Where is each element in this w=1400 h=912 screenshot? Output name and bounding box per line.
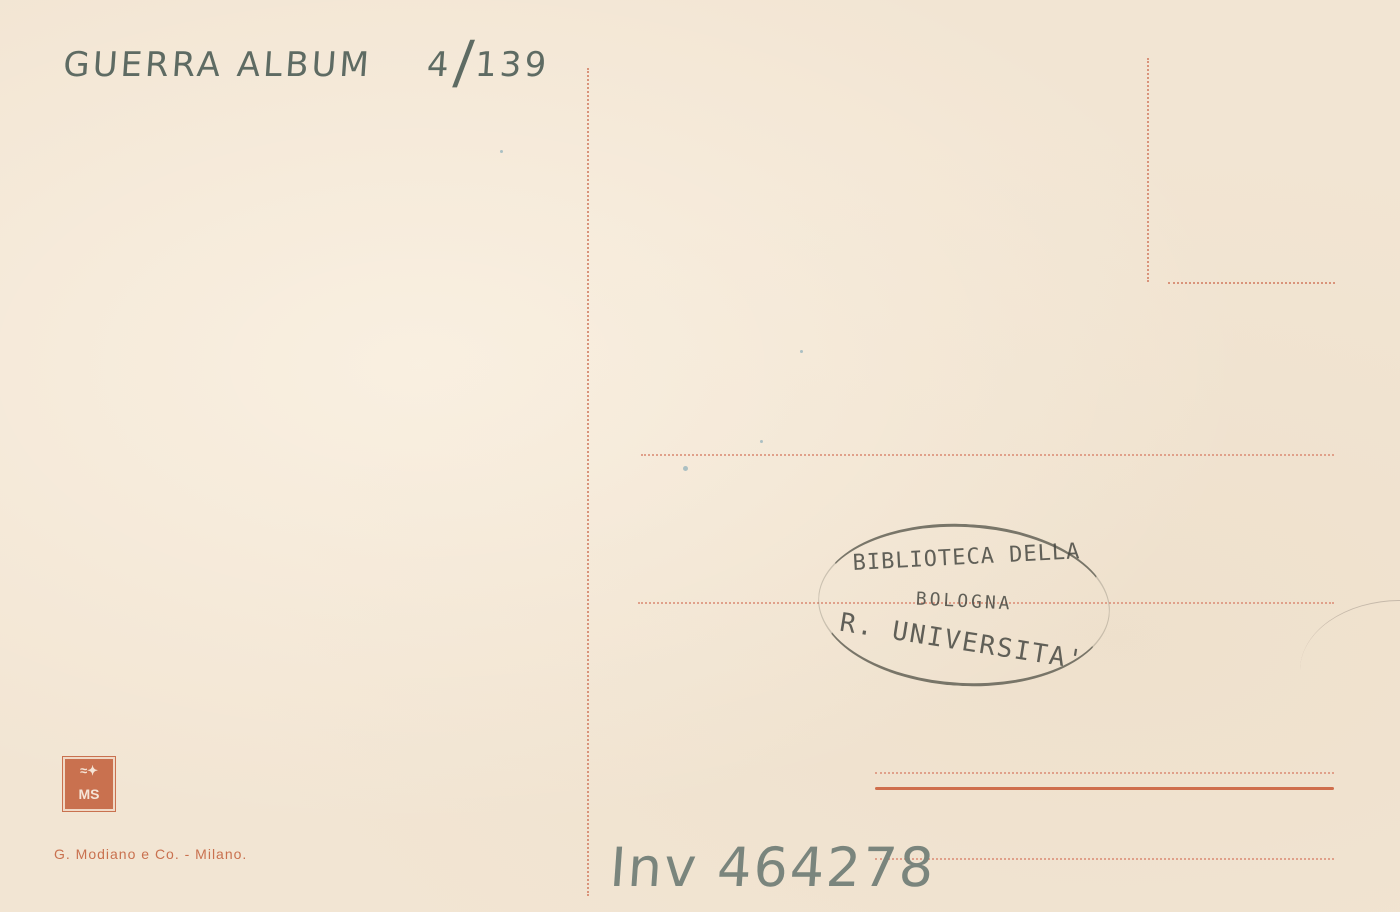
album-label: GUERRA ALBUM [62, 45, 373, 85]
ink-fleck [500, 150, 503, 153]
album-separator: / [451, 28, 475, 96]
address-line-solid [875, 787, 1334, 790]
album-volume: 4 [426, 45, 453, 85]
album-number: 139 [474, 45, 551, 85]
album-reference-handwriting: GUERRA ALBUM 4/139 [62, 22, 552, 90]
stamp-box-vertical-rule [1147, 58, 1149, 282]
address-line-1 [641, 454, 1334, 456]
publisher-logo-icon: ≈✦ MS [63, 757, 115, 811]
ink-fleck [800, 350, 803, 353]
ink-fleck [683, 466, 688, 471]
address-line-4 [875, 858, 1334, 860]
center-divider [587, 68, 589, 896]
library-stamp: BIBLIOTECA DELLA BOLOGNA R. UNIVERSITA' [814, 516, 1114, 693]
inventory-number-handwriting: Inv 464278 [608, 836, 938, 899]
postcard-back: GUERRA ALBUM 4/139 BIBLIOTECA DELLA BOLO… [0, 0, 1400, 912]
ink-fleck [760, 440, 763, 443]
stamp-line-1: BIBLIOTECA DELLA [821, 537, 1112, 577]
address-line-3 [875, 772, 1334, 774]
publisher-monogram: MS [65, 783, 113, 805]
stamp-box-horizontal-rule [1168, 282, 1335, 284]
paper-crease [1300, 600, 1400, 741]
publisher-imprint: G. Modiano e Co. - Milano. [54, 846, 247, 862]
